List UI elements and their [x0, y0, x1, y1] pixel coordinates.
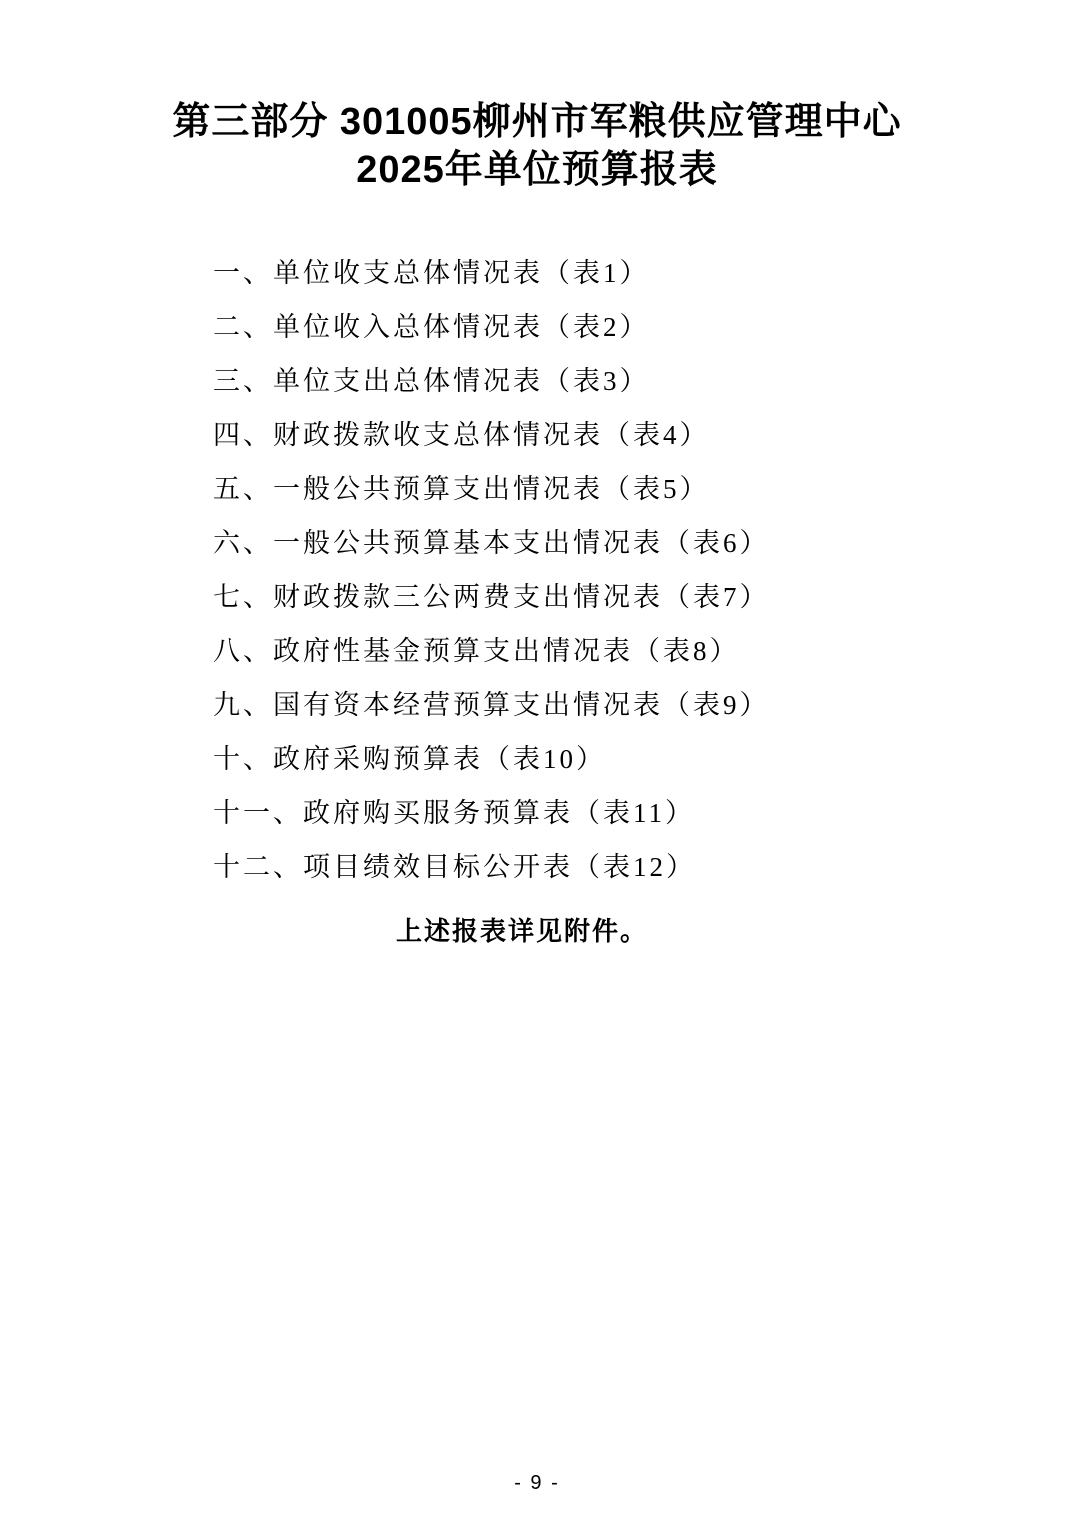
toc-item: 八、政府性基金预算支出情况表（表8）: [213, 624, 1074, 678]
toc-item: 四、财政拨款收支总体情况表（表4）: [213, 408, 1074, 462]
page-title: 第三部分 301005柳州市军粮供应管理中心 2025年单位预算报表: [0, 0, 1074, 194]
title-line-1: 第三部分 301005柳州市军粮供应管理中心: [0, 98, 1074, 146]
document-page: 第三部分 301005柳州市军粮供应管理中心 2025年单位预算报表 一、单位收…: [0, 0, 1074, 1520]
toc-item: 五、一般公共预算支出情况表（表5）: [213, 462, 1074, 516]
page-number: - 9 -: [514, 1472, 560, 1494]
toc-item: 六、一般公共预算基本支出情况表（表6）: [213, 516, 1074, 570]
toc-item: 九、国有资本经营预算支出情况表（表9）: [213, 678, 1074, 732]
toc-list: 一、单位收支总体情况表（表1） 二、单位收入总体情况表（表2） 三、单位支出总体…: [0, 246, 1074, 894]
toc-item: 七、财政拨款三公两费支出情况表（表7）: [213, 570, 1074, 624]
toc-item: 十、政府采购预算表（表10）: [213, 732, 1074, 786]
attachment-note: 上述报表详见附件。: [396, 916, 1074, 948]
toc-item: 十一、政府购买服务预算表（表11）: [213, 786, 1074, 840]
toc-item: 十二、项目绩效目标公开表（表12）: [213, 840, 1074, 894]
page-footer: - 9 -: [0, 1472, 1074, 1494]
toc-item: 二、单位收入总体情况表（表2）: [213, 300, 1074, 354]
toc-item: 一、单位收支总体情况表（表1）: [213, 246, 1074, 300]
title-line-2: 2025年单位预算报表: [0, 146, 1074, 194]
toc-item: 三、单位支出总体情况表（表3）: [213, 354, 1074, 408]
